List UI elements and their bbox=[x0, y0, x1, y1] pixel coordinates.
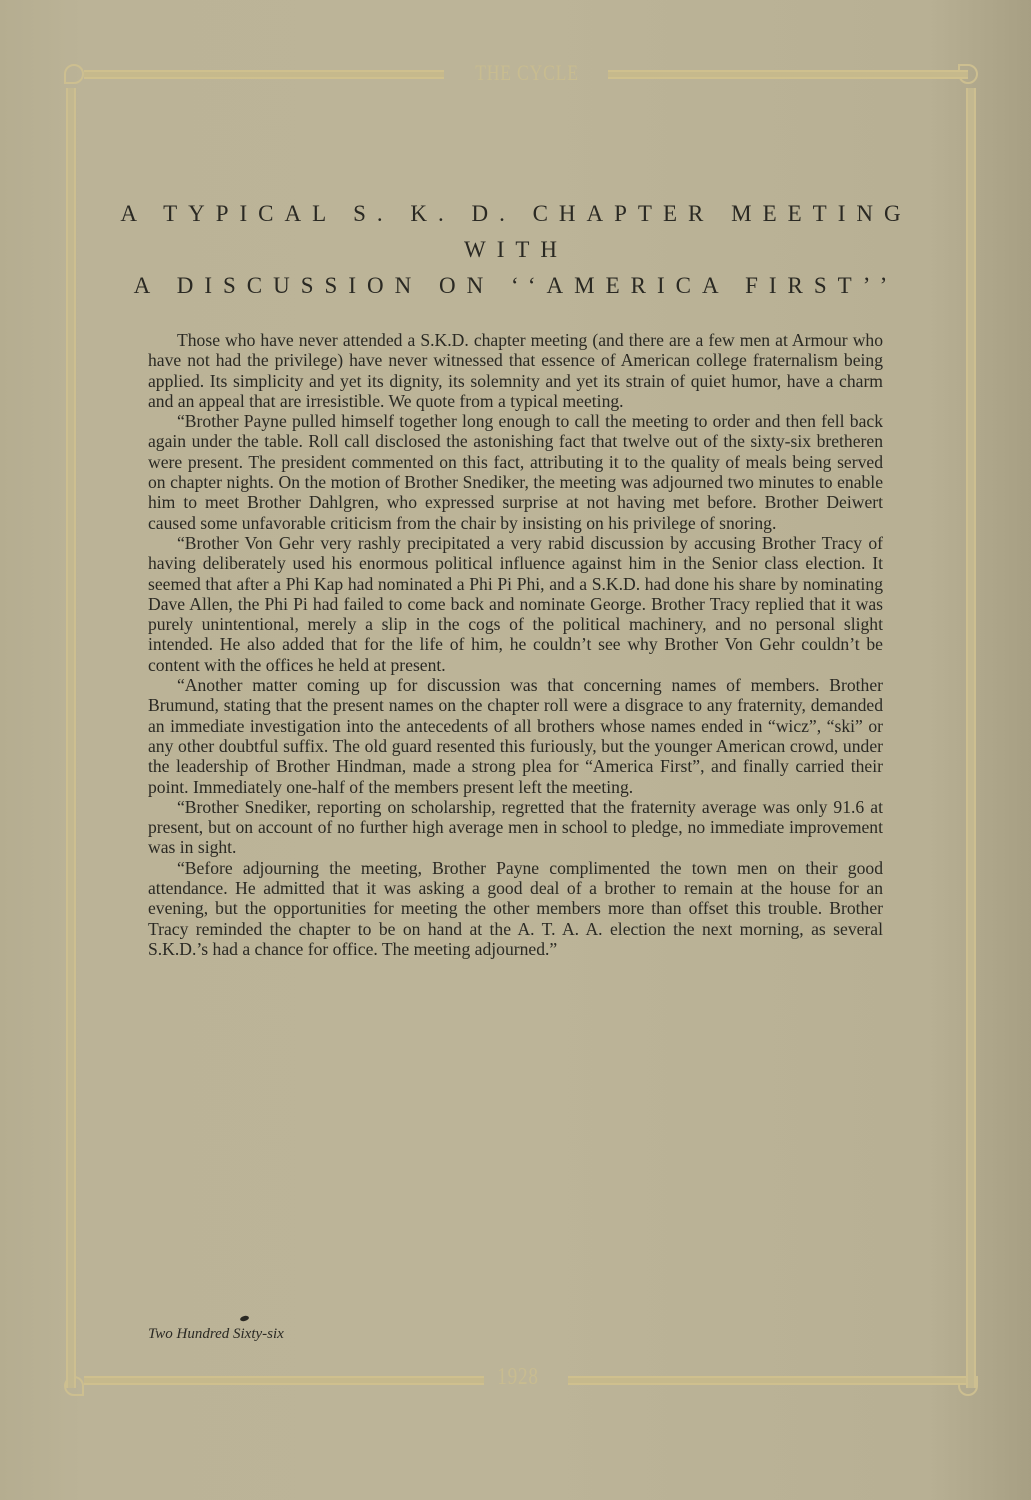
frame-right-rule bbox=[966, 88, 976, 1388]
title-line-3: A DISCUSSION ON ‘‘AMERICA FIRST’’ bbox=[120, 268, 912, 304]
article-title: A TYPICAL S. K. D. CHAPTER MEETING WITH … bbox=[120, 196, 912, 304]
paragraph: “Before adjourning the meeting, Brother … bbox=[148, 858, 883, 959]
frame-top-rule-right bbox=[608, 70, 968, 79]
page-number: Two Hundred Sixty-six bbox=[148, 1326, 284, 1343]
paragraph: “Brother Payne pulled himself together l… bbox=[148, 411, 883, 533]
frame-corner-ornament bbox=[64, 64, 84, 84]
running-header: THE CYCLE bbox=[467, 60, 587, 86]
paragraph: “Brother Snediker, reporting on scholars… bbox=[148, 797, 883, 858]
paragraph: “Another matter coming up for discussion… bbox=[148, 675, 883, 797]
article-body: Those who have never attended a S.K.D. c… bbox=[148, 330, 883, 959]
frame-top-rule-left bbox=[84, 70, 444, 79]
title-line-1: A TYPICAL S. K. D. CHAPTER MEETING bbox=[120, 196, 912, 232]
frame-bottom-rule-left bbox=[84, 1376, 484, 1385]
frame-left-rule bbox=[66, 88, 76, 1388]
paragraph: “Brother Von Gehr very rashly precipitat… bbox=[148, 533, 883, 675]
frame-bottom-rule-right bbox=[568, 1376, 968, 1385]
paragraph: Those who have never attended a S.K.D. c… bbox=[148, 330, 883, 411]
title-line-2: WITH bbox=[120, 232, 912, 268]
running-footer-year: 1928 bbox=[486, 1364, 550, 1391]
